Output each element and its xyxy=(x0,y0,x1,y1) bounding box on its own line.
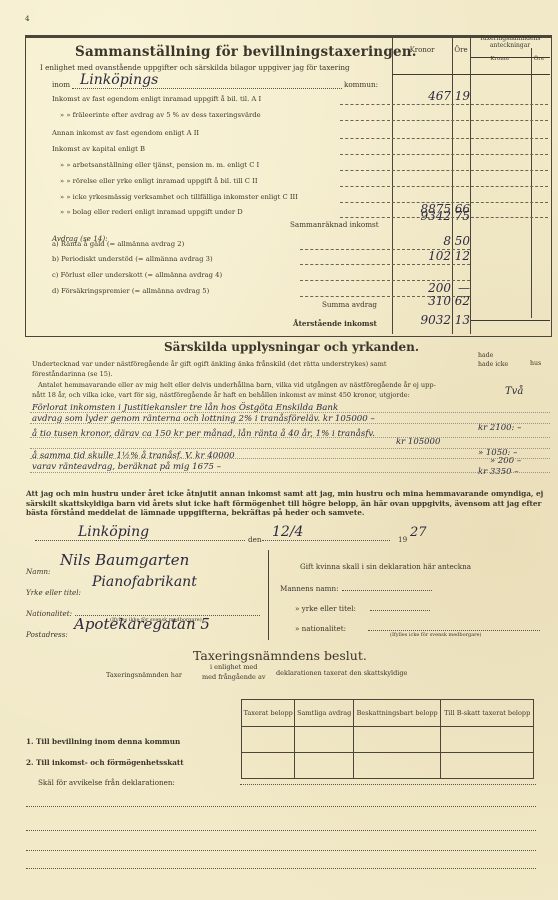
inom-label: inom xyxy=(52,80,70,89)
special-title: Särskilda upplysningar och yrkanden. xyxy=(164,340,419,354)
kommun-value[interactable]: Linköpings xyxy=(80,72,158,88)
handwritten-line[interactable]: å samma tid skulle 1½% å tranåsf. V. kr … xyxy=(32,451,235,461)
special-p1-cont: föreståndarinna (se 15). xyxy=(32,370,113,378)
avdrag-row-label: b) Periodiskt understöd (= allmänna avdr… xyxy=(52,255,213,263)
dec-cell[interactable] xyxy=(354,753,441,779)
col-notes-ore: Öre xyxy=(530,56,548,62)
dec-col-2: Beskattningsbart belopp xyxy=(354,700,441,727)
mannens-namn-label: Mannens namn: xyxy=(280,584,339,593)
special-p2-cont: nått 18 år, och vilka icke, vart för sig… xyxy=(32,391,410,399)
decision-table: Taxerat belopp Samtliga avdrag Beskattni… xyxy=(241,699,534,779)
income-row-label: Annan inkomst av fast egendom enligt A I… xyxy=(52,129,199,137)
mannens-yrke-label: » yrke eller titel: xyxy=(295,604,356,613)
avdrag-row-label: c) Förlust eller underskott (= allmänna … xyxy=(52,271,222,279)
skal-line-3[interactable] xyxy=(26,830,536,831)
income-row-ore[interactable]: 19 xyxy=(452,89,470,103)
dec-cell[interactable] xyxy=(295,753,354,779)
decision-tail: deklarationen taxerat den skattskyldige xyxy=(276,669,407,677)
postadress-value[interactable]: Apotekaregatan 5 xyxy=(74,615,210,633)
special-hus: hus xyxy=(530,360,541,367)
income-row-label: » » icke yrkesmässig verksamhet och till… xyxy=(60,193,298,201)
avdrag-row-kronor[interactable]: 102 xyxy=(395,249,451,263)
special-p2: Antalet hemmavarande eller av mig helt e… xyxy=(38,381,436,389)
summa-avdrag-label: Summa avdrag xyxy=(322,300,377,309)
avdrag-row-ore[interactable]: 50 xyxy=(452,234,470,248)
year-prefix: 19 xyxy=(398,535,407,544)
special-hade-icke: hade icke xyxy=(478,361,508,368)
income-row-kronor[interactable]: 467 xyxy=(395,89,451,103)
date-value[interactable]: 12/4 xyxy=(272,524,303,540)
col-ore: Öre xyxy=(452,46,470,54)
special-p1: Undertecknad var under nästföregående år… xyxy=(32,360,387,368)
dec-cell[interactable] xyxy=(354,727,441,753)
mannens-namn-field[interactable] xyxy=(342,590,432,591)
avdrag-row-kronor[interactable]: 200 xyxy=(395,281,451,295)
summa-avdrag-ore[interactable]: 62 xyxy=(452,294,470,308)
dec-cell[interactable] xyxy=(242,753,295,779)
mannens-yrke-field[interactable] xyxy=(370,610,430,611)
dec-cell[interactable] xyxy=(441,753,534,779)
year-value[interactable]: 27 xyxy=(410,525,427,540)
dec-cell[interactable] xyxy=(242,727,295,753)
divider xyxy=(268,550,269,640)
mannens-nat-note: (Ifylles icke för svensk medborgare) xyxy=(390,632,481,638)
income-row-label: » » rörelse eller yrke enligt inramad up… xyxy=(60,177,258,185)
summary-intro: I enlighet med ovanstående uppgifter och… xyxy=(40,63,350,72)
special-hade: hade xyxy=(478,352,493,359)
income-row-label: » » bolag eller rederi enligt inramad up… xyxy=(60,208,243,216)
sammanraknad-kronor[interactable]: 9342 xyxy=(395,209,451,223)
dec-cell[interactable] xyxy=(295,727,354,753)
aterstaende-label: Återstående inkomst xyxy=(293,319,377,328)
oath-text: Att jag och min hustru under året icke å… xyxy=(26,489,552,518)
avdrag-row-ore[interactable]: 12 xyxy=(452,249,470,263)
sammanraknad-label: Sammanräknad inkomst xyxy=(290,220,379,229)
summary-title: Sammanställning för bevillningstaxeringe… xyxy=(75,44,417,60)
handwritten-line[interactable]: varav ränteavdrag, beräknat på mig 1675 … xyxy=(32,462,221,472)
den-label: den xyxy=(248,535,261,544)
dec-cell[interactable] xyxy=(441,727,534,753)
skal-line-1[interactable] xyxy=(240,784,536,785)
avdrag-row-kronor[interactable]: 8 xyxy=(395,234,451,248)
decision-title: Taxeringsnämndens beslut. xyxy=(193,648,367,663)
income-row-label: Inkomst av kapital enligt B xyxy=(52,145,145,153)
kommun-line xyxy=(72,88,342,89)
wife-title: Gift kvinna skall i sin deklaration här … xyxy=(300,562,471,571)
summa-avdrag-kronor[interactable]: 310 xyxy=(395,294,451,308)
skal-line-5[interactable] xyxy=(26,868,536,869)
yrke-value[interactable]: Pianofabrikant xyxy=(92,574,197,590)
yrke-label: Yrke eller titel: xyxy=(26,588,81,597)
handwritten-amount[interactable]: kr 2100: – xyxy=(478,423,521,433)
dec-col-0: Taxerat belopp xyxy=(242,700,295,727)
avdrag-row-label: a) Ränta å gäld (= allmänna avdrag 2) xyxy=(52,240,184,248)
page-number: 4 xyxy=(25,14,30,23)
date-line xyxy=(262,540,390,541)
decision-option-top: i enlighet med xyxy=(210,663,257,671)
postadress-label: Postadress: xyxy=(26,630,68,639)
skal-line-2[interactable] xyxy=(26,806,536,807)
mannens-nat-field[interactable] xyxy=(368,630,540,631)
dec-col-3: Till B-skatt taxerat belopp xyxy=(441,700,534,727)
decision-option-bottom: med frångående av xyxy=(202,673,266,681)
col-notes-kronor: Kronor xyxy=(471,56,529,62)
name-label: Namn: xyxy=(26,567,50,576)
decision-row-2: 2. Till inkomst- och förmögenhetsskatt xyxy=(26,758,184,767)
aterstaende-ore[interactable]: 13 xyxy=(452,313,470,327)
place-line xyxy=(35,540,245,541)
decision-row-1: 1. Till bevillning inom denna kommun xyxy=(26,737,180,746)
aterstaende-kronor[interactable]: 9032 xyxy=(395,313,451,327)
handwritten-amount[interactable]: kr 105000 xyxy=(396,437,440,447)
col-notes-header: Taxeringsnämndens anteckningar xyxy=(471,35,549,49)
sammanraknad-ore[interactable]: 75 xyxy=(452,209,470,223)
income-row-label: » » fräleerinte efter avdrag av 5 % av d… xyxy=(60,111,261,119)
income-row-label: » » arbetsanställning eller tjänst, pens… xyxy=(60,161,259,169)
nationalitet-label: Nationalitet: xyxy=(26,609,72,618)
decision-lead: Taxeringsnämnden har xyxy=(106,671,182,679)
avdrag-row-ore[interactable]: — xyxy=(452,281,470,295)
income-row-label: Inkomst av fast egendom enligt inramad u… xyxy=(52,95,261,103)
decision-skal: Skäl för avvikelse från deklarationen: xyxy=(38,778,175,787)
avdrag-row-label: d) Försäkringspremier (= allmänna avdrag… xyxy=(52,287,209,295)
skal-line-4[interactable] xyxy=(26,850,536,851)
kommun-label: kommun: xyxy=(344,80,378,89)
children-count[interactable]: Två xyxy=(505,386,523,397)
place-value[interactable]: Linköping xyxy=(78,524,149,540)
mannens-nat-label: » nationalitet: xyxy=(295,624,346,633)
dec-col-1: Samtliga avdrag xyxy=(295,700,354,727)
name-value[interactable]: Nils Baumgarten xyxy=(60,551,189,569)
